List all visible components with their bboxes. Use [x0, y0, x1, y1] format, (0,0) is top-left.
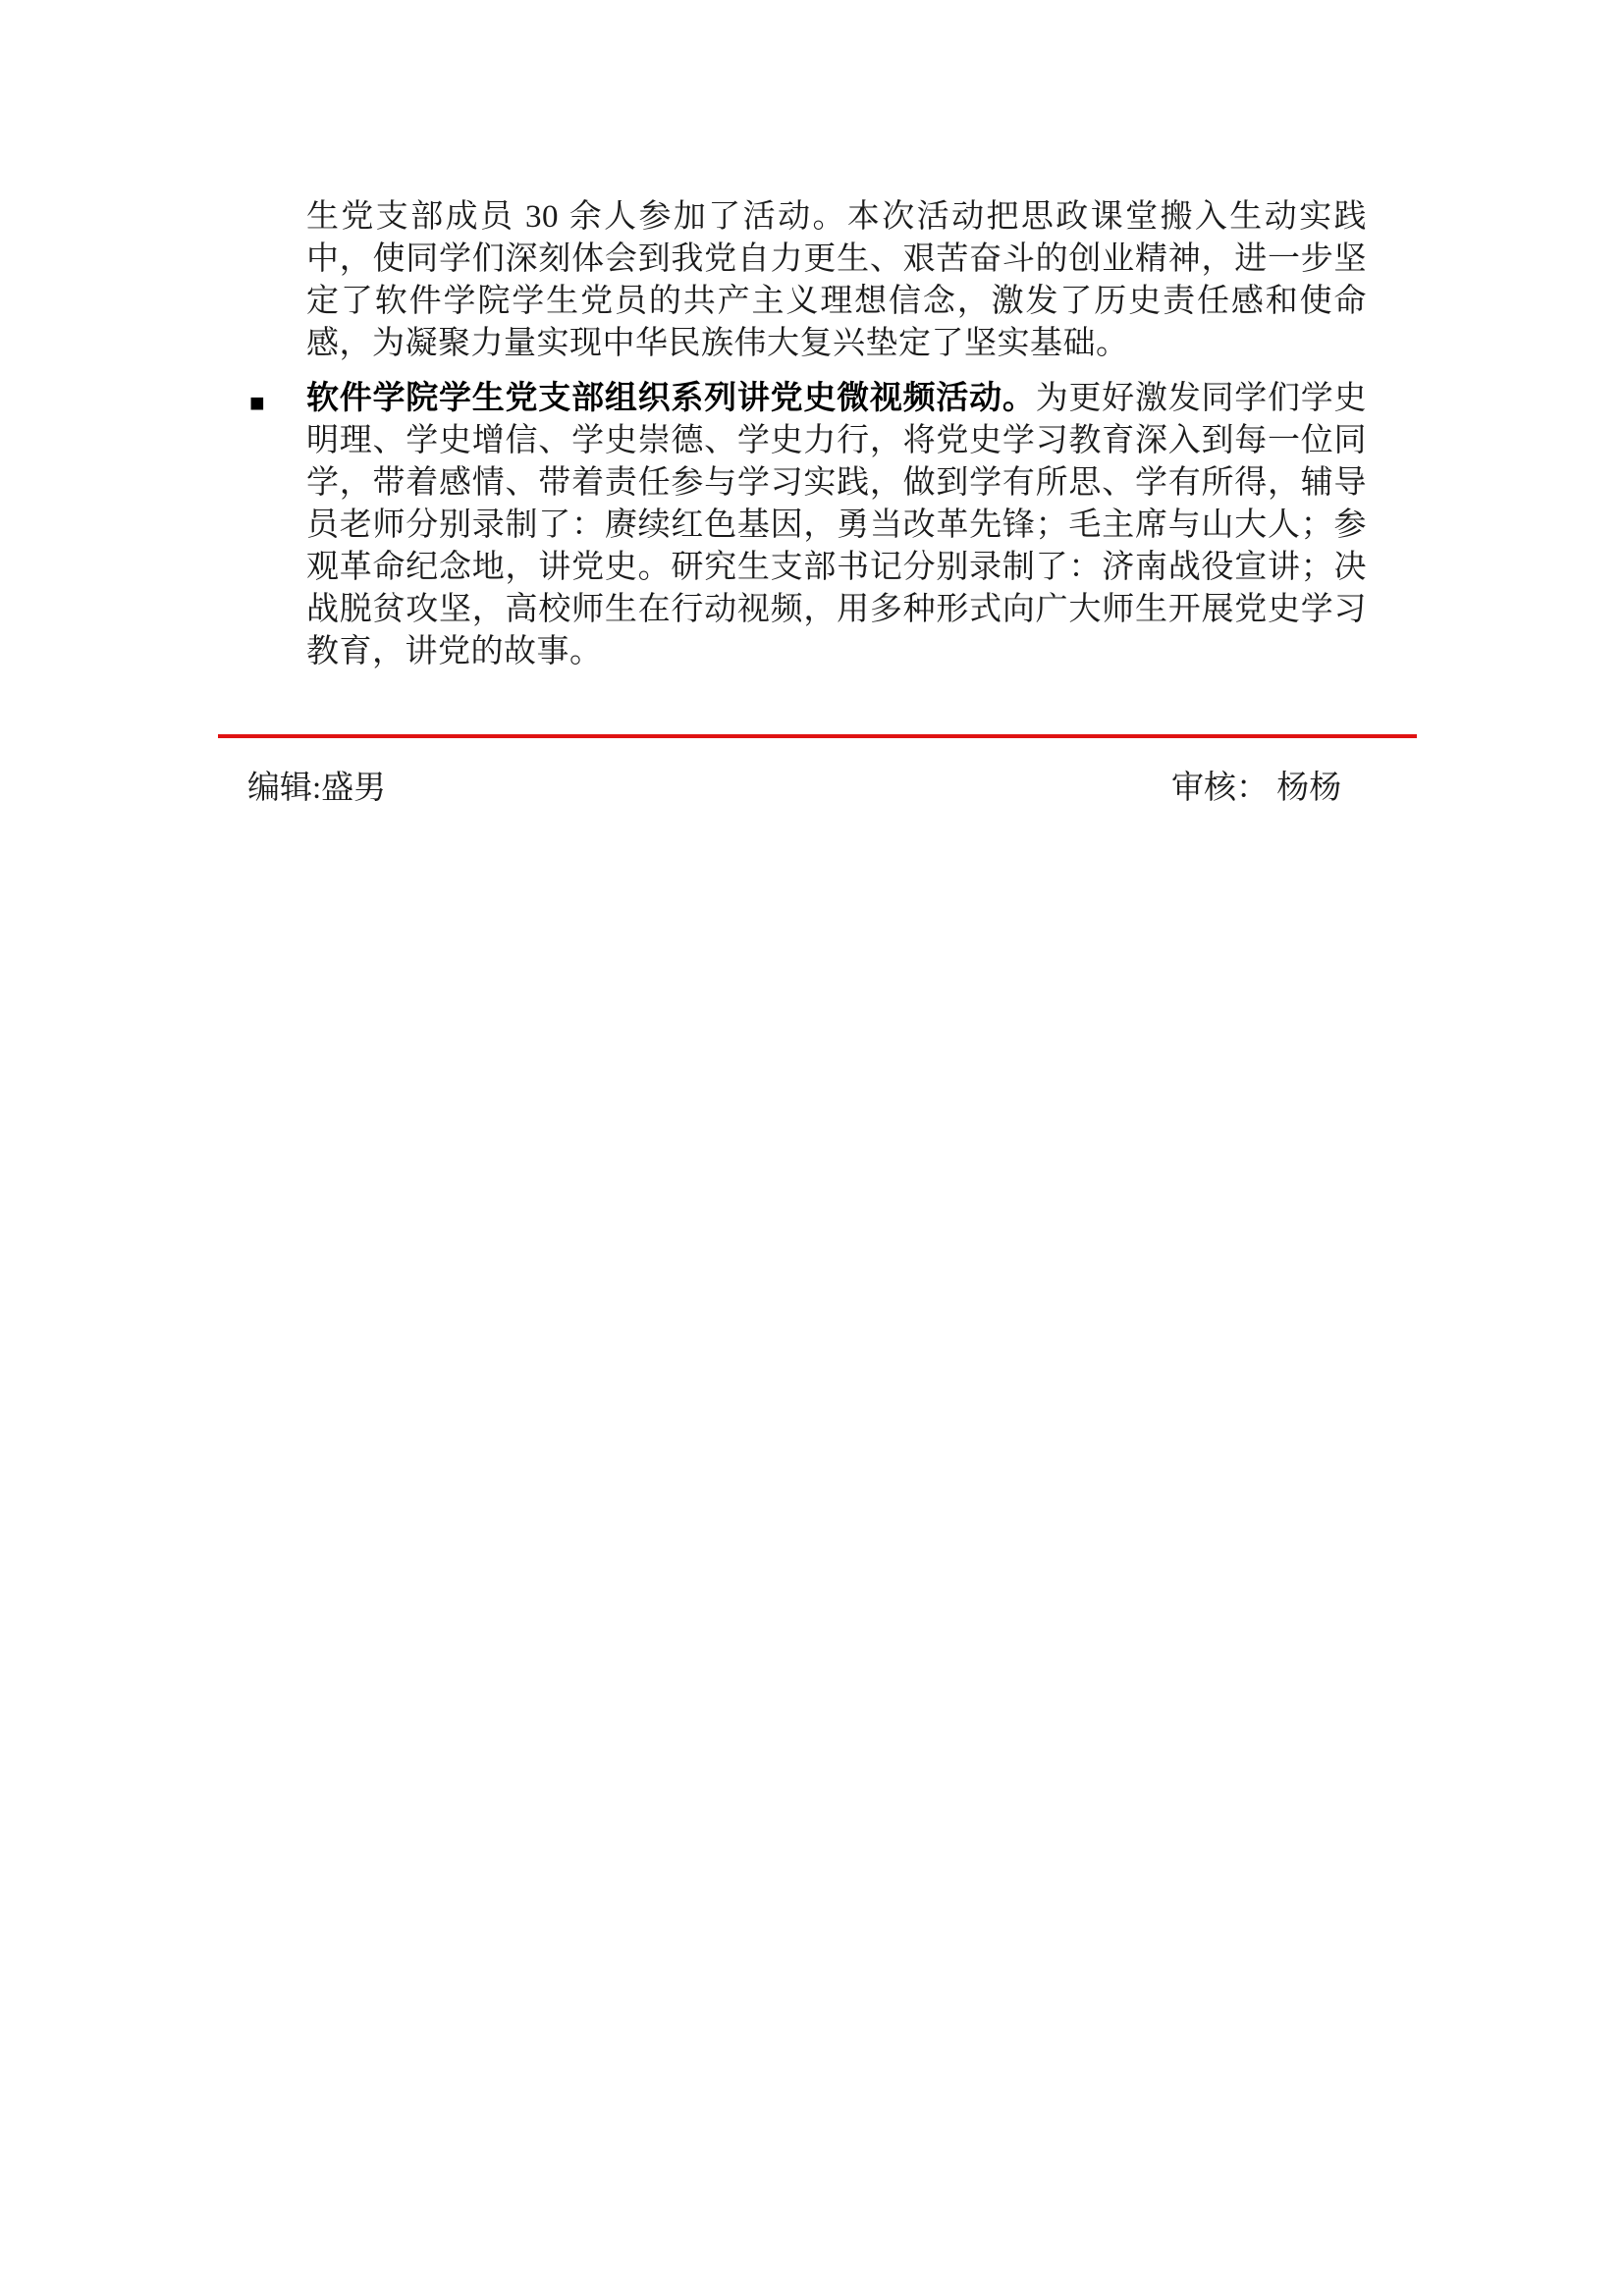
footer-editor-credit: 编辑:盛男 [247, 768, 386, 810]
bullet-item-bold-lead: 软件学院学生党支部组织系列讲党史微视频活动。 [306, 381, 1036, 416]
bullet-list-item: ■ 软件学院学生党支部组织系列讲党史微视频活动。为更好激发同学们学史明理、学史增… [306, 378, 1367, 673]
document-page: 生党支部成员 30 余人参加了活动。本次活动把思政课堂搬入生动实践中，使同学们深… [0, 0, 1624, 2296]
square-bullet-icon: ■ [249, 382, 265, 424]
bullet-item-body-text: 为更好激发同学们学史明理、学史增信、学史崇德、学史力行，将党史学习教育深入到每一… [306, 381, 1367, 669]
continuation-paragraph: 生党支部成员 30 余人参加了活动。本次活动把思政课堂搬入生动实践中，使同学们深… [306, 196, 1367, 365]
document-body: 生党支部成员 30 余人参加了活动。本次活动把思政课堂搬入生动实践中，使同学们深… [306, 196, 1367, 673]
red-divider-line [218, 734, 1417, 738]
footer-reviewer-credit: 审核： 杨杨 [1171, 768, 1341, 810]
